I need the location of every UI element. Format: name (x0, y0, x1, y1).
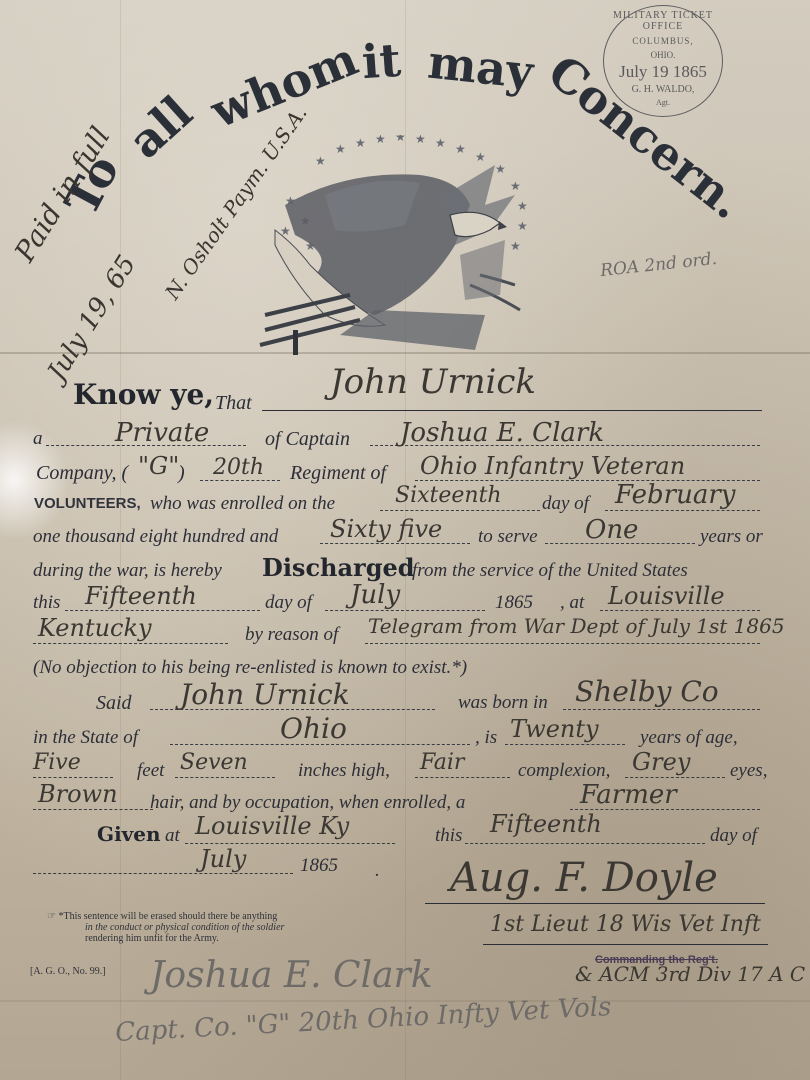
footnote: ☞ *This sentence will be erased should t… (47, 911, 284, 944)
given-year-text: 1865 (300, 855, 338, 877)
label-years-or: years or (700, 526, 763, 548)
commander-signature: Aug. F. Doyle (450, 855, 718, 901)
field-line (415, 777, 510, 778)
regiment-name-field: Ohio Infantry Veteran (420, 452, 685, 480)
label-in-state: in the State of (33, 727, 138, 749)
stamp-text: COLUMBUS, (604, 36, 722, 46)
field-line (380, 510, 540, 511)
label-hair-occupation: hair, and by occupation, when enrolled, … (150, 792, 465, 814)
stamp-text: G. H. WALDO, (604, 84, 722, 95)
field-line (33, 643, 228, 644)
field-line (200, 480, 280, 481)
eagle-illustration-icon: ★★★★ ★★★★ ★★★★ ★★★★ ★★ (255, 135, 545, 360)
soldier-name-field: John Urnick (330, 362, 536, 402)
term-field: One (585, 515, 638, 545)
discharge-year-text: 1865 (495, 592, 533, 614)
hair-field: Brown (38, 780, 118, 808)
label-company-close: ) (178, 462, 185, 485)
footnote-line: in the conduct or physical condition of … (47, 922, 284, 933)
given-heading: Given (97, 822, 161, 846)
given-place-field: Louisville Ky (195, 812, 349, 840)
label-during-war: during the war, is hereby (33, 560, 222, 582)
label-eyes: eyes, (730, 760, 767, 782)
svg-text:★: ★ (435, 136, 446, 150)
title-word: may (425, 35, 535, 100)
state-field: Ohio (280, 712, 347, 745)
svg-text:★: ★ (475, 150, 486, 164)
svg-text:★: ★ (510, 239, 521, 253)
label-is: , is (475, 727, 497, 749)
svg-text:★: ★ (355, 136, 366, 150)
label-years-of-age: years of age, (640, 727, 738, 749)
field-line (33, 873, 293, 874)
discharged-heading: Discharged (262, 553, 415, 582)
footnote-line: *This sentence will be erased should the… (58, 911, 277, 922)
reason-field: Telegram from War Dept of July 1st 1865 (368, 614, 785, 638)
ticket-office-stamp: MILITARY TICKET OFFICE COLUMBUS, OHIO. J… (603, 5, 723, 117)
stamp-text: OHIO. (604, 50, 722, 60)
svg-text:★: ★ (315, 154, 326, 168)
field-line (185, 843, 395, 844)
svg-text:★: ★ (517, 199, 528, 213)
given-month-field: July (200, 845, 246, 873)
stamp-text: MILITARY TICKET OFFICE (604, 10, 722, 32)
discharge-state-field: Kentucky (38, 614, 152, 642)
svg-text:★: ★ (375, 135, 386, 146)
field-line (505, 744, 625, 745)
given-day-field: Fifteenth (490, 810, 602, 838)
svg-text:★: ★ (395, 135, 406, 144)
label-born-in: was born in (458, 692, 548, 714)
label-said: Said (96, 692, 132, 715)
pointing-hand-icon: ☞ (47, 911, 56, 922)
label-of-captain: of Captain (265, 428, 350, 451)
signature-line (425, 903, 765, 904)
captain-signature: Joshua E. Clark (150, 955, 433, 996)
eyes-field: Grey (632, 748, 690, 776)
label-that: That (215, 392, 252, 415)
label-company: Company, ( (36, 462, 128, 485)
age-field: Twenty (510, 715, 599, 743)
svg-text:★: ★ (335, 142, 346, 156)
svg-text:★: ★ (517, 219, 528, 233)
label-given-day-of: day of (710, 825, 757, 847)
svg-text:★: ★ (510, 179, 521, 193)
field-line (605, 510, 760, 511)
field-line (262, 410, 762, 411)
stamp-date: July 19 1865 (604, 62, 722, 82)
height-inches-field: Seven (180, 750, 248, 775)
label-given-at: at (165, 825, 180, 847)
label-discharge-day-of: day of (265, 592, 312, 614)
said-name-field: John Urnick (180, 678, 350, 711)
signature-line (483, 944, 768, 945)
label-a: a (33, 428, 43, 450)
birthplace-field: Shelby Co (575, 675, 719, 708)
label-day-of: day of (542, 493, 589, 515)
commanding-note: & ACM 3rd Div 17 A C (575, 962, 805, 986)
title-word: it (360, 33, 402, 90)
given-period: . (375, 860, 380, 882)
discharge-month-field: July (350, 580, 400, 610)
field-line (465, 843, 705, 844)
field-line (325, 610, 485, 611)
svg-text:★: ★ (455, 142, 466, 156)
stamp-text: Agt. (604, 98, 722, 107)
complexion-field: Fair (420, 750, 464, 775)
height-feet-field: Five (33, 750, 81, 775)
company-field: "G" (138, 452, 179, 480)
enrolled-year-field: Sixty five (330, 515, 442, 543)
field-line (365, 643, 760, 644)
label-inches: inches high, (298, 760, 390, 782)
label-year-text: one thousand eight hundred and (33, 526, 278, 548)
enrolled-day-field: Sixteenth (395, 483, 502, 508)
regiment-number-field: 20th (213, 455, 264, 480)
field-line (563, 709, 760, 710)
label-regiment: Regiment of (290, 462, 386, 485)
label-from-service: from the service of the United States (412, 560, 688, 582)
enrolled-month-field: February (615, 480, 735, 510)
label-by-reason: by reason of (245, 624, 338, 646)
volunteers-label: VOLUNTEERS, (34, 495, 141, 512)
field-line (320, 543, 470, 544)
footnote-line: rendering him unfit for the Army. (47, 933, 219, 944)
label-feet: feet (137, 760, 164, 782)
ago-number: [A. G. O., No. 99.] (30, 966, 106, 977)
field-line (33, 809, 153, 810)
rank-field: Private (115, 418, 209, 448)
occupation-field: Farmer (580, 780, 677, 810)
commander-title: 1st Lieut 18 Wis Vet Inft (490, 912, 761, 937)
field-line (625, 777, 725, 778)
svg-text:★: ★ (415, 135, 426, 146)
field-line (175, 777, 275, 778)
know-ye-heading: Know ye, (73, 378, 214, 411)
no-objection-text: (No objection to his being re-enlisted i… (33, 657, 467, 679)
label-to-serve: to serve (478, 526, 538, 548)
label-this: this (33, 592, 60, 614)
label-at: , at (560, 592, 584, 614)
label-complexion: complexion, (518, 760, 610, 782)
label-enrolled: who was enrolled on the (150, 493, 335, 515)
field-line (33, 777, 113, 778)
field-line (600, 610, 760, 611)
discharge-place-field: Louisville (608, 582, 725, 610)
discharge-day-field: Fifteenth (85, 582, 197, 610)
svg-text:★: ★ (495, 162, 506, 176)
field-line (65, 610, 260, 611)
label-given-this: this (435, 825, 462, 847)
captain-name-field: Joshua E. Clark (400, 418, 604, 448)
